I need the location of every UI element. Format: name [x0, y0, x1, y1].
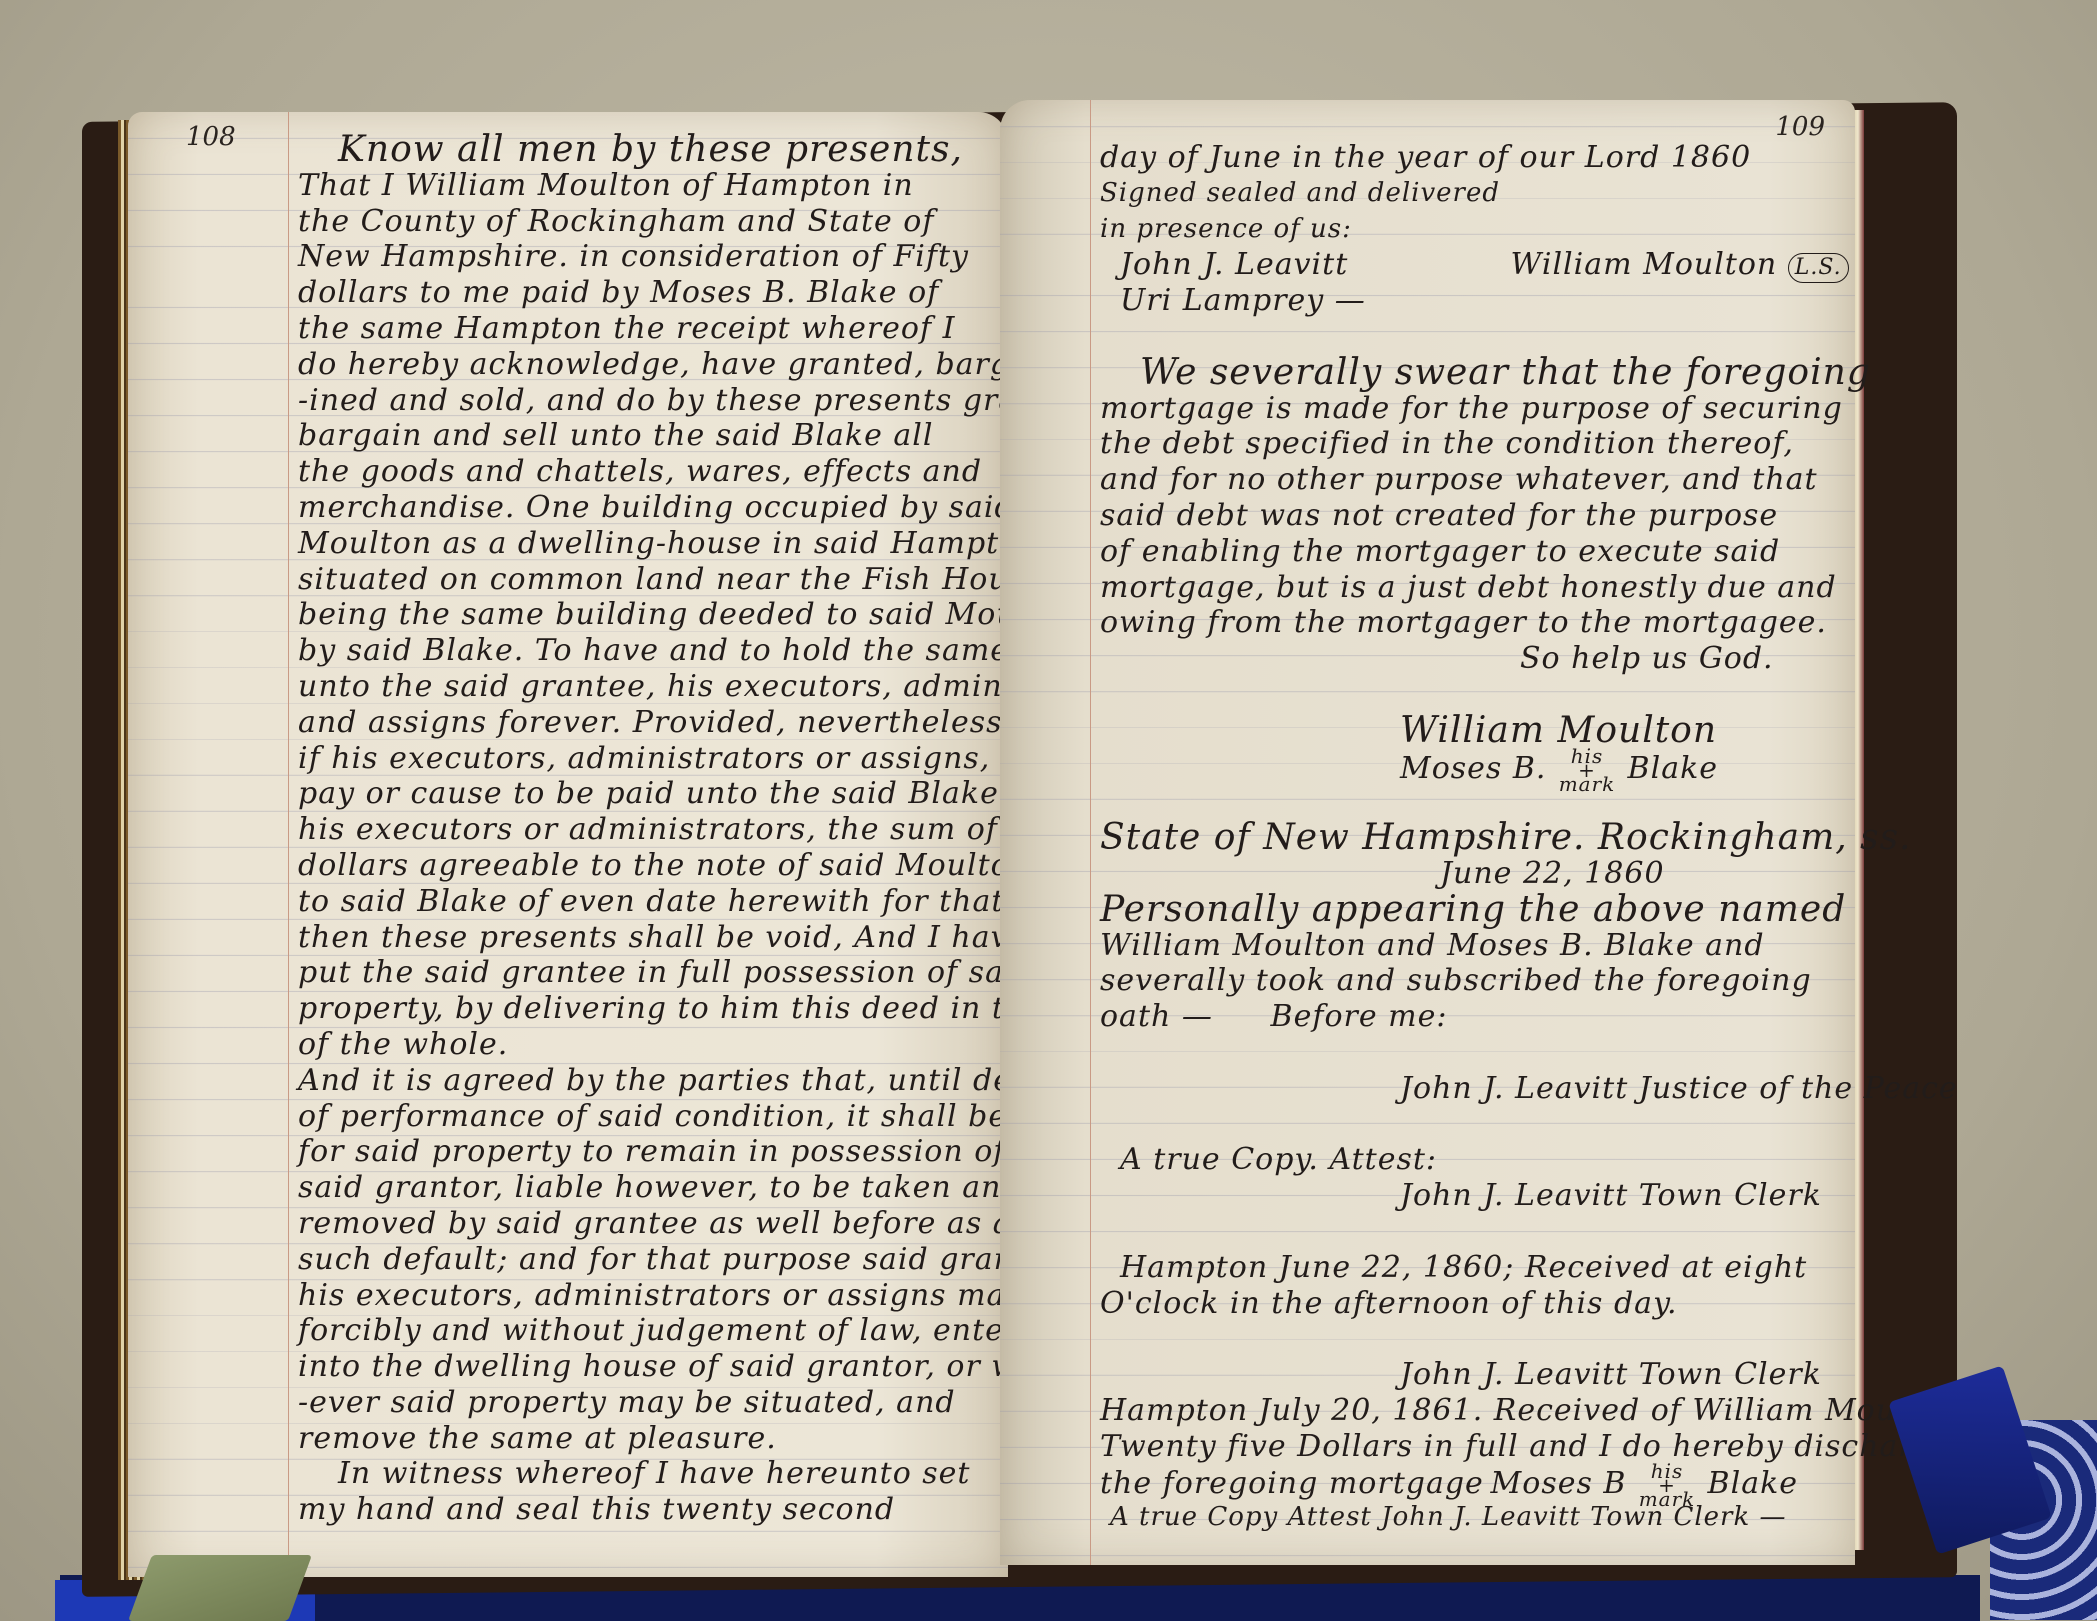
text-line: removed by said grantee as well before a…: [298, 1206, 998, 1242]
jurat-heading: State of New Hampshire. Rockingham, ss.: [1100, 820, 1850, 856]
text-line: New Hampshire. in consideration of Fifty: [298, 239, 998, 275]
text-line: merchandise. One building occupied by sa…: [298, 490, 998, 526]
execution-date-line: day of June in the year of our Lord 1860: [1100, 140, 1850, 176]
text-line: by said Blake. To have and to hold the s…: [298, 633, 998, 669]
left-page-text: Know all men by these presents, That I W…: [298, 132, 998, 1528]
text-line: pay or cause to be paid unto the said Bl…: [298, 776, 998, 812]
discharge-line: Hampton July 20, 1861. Received of Willi…: [1100, 1393, 1850, 1429]
text-line: dollars to me paid by Moses B. Blake of: [298, 275, 998, 311]
text-line: Moulton as a dwelling-house in said Hamp…: [298, 526, 998, 562]
text-line: do hereby acknowledge, have granted, bar…: [298, 347, 998, 383]
text-line: being the same building deeded to said M…: [298, 597, 998, 633]
text-line: his executors or administrators, the sum…: [298, 812, 998, 848]
text-line: -ever said property may be situated, and: [298, 1385, 998, 1421]
discharge-signature-row: the foregoing mortgage Moses B his + mar…: [1100, 1464, 1850, 1500]
attest-row: A true Copy Attest John J. Leavitt Town …: [1100, 1500, 1850, 1536]
text-line: my hand and seal this twenty second: [298, 1492, 998, 1528]
oath-line: and for no other purpose whatever, and t…: [1100, 462, 1850, 498]
oath-line: of enabling the mortgager to execute sai…: [1100, 534, 1850, 570]
jurat-line: severally took and subscribed the forego…: [1100, 963, 1850, 999]
margin-rule: [288, 112, 289, 1577]
signed-sealed-line: Signed sealed and delivered: [1100, 176, 1850, 212]
witness-signature: John J. Leavitt: [1100, 247, 1500, 283]
before-me: Before me:: [1271, 999, 1448, 1034]
binder-clip-right: [1880, 1380, 2097, 1600]
text-line: of the whole.: [298, 1027, 998, 1063]
text-line: -ined and sold, and do by these presents…: [298, 383, 998, 419]
right-page-text: day of June in the year of our Lord 1860…: [1100, 140, 1850, 1536]
deed-heading: Know all men by these presents,: [298, 132, 998, 168]
text-line: of performance of said condition, it sha…: [298, 1099, 998, 1135]
text-line: property, by delivering to him this deed…: [298, 991, 998, 1027]
signer-last-name: Blake: [1628, 751, 1718, 786]
left-page: 108 Know all men by these presents, That…: [128, 112, 1008, 1577]
text-line: then these presents shall be void, And I…: [298, 920, 998, 956]
oath-line: said debt was not created for the purpos…: [1100, 498, 1850, 534]
oath-line: mortgage, but is a just debt honestly du…: [1100, 570, 1850, 606]
text-line: bargain and sell unto the said Blake all: [298, 418, 998, 454]
town-clerk-signature: John J. Leavitt Town Clerk: [1100, 1178, 1850, 1214]
text-line: unto the said grantee, his executors, ad…: [298, 669, 998, 705]
text-line: situated on common land near the Fish Ho…: [298, 562, 998, 598]
page-number-right: 109: [1775, 112, 1825, 142]
text-line: remove the same at pleasure.: [298, 1421, 998, 1457]
jurat-line: Personally appearing the above named: [1100, 892, 1850, 928]
mark-label: mark: [1557, 777, 1617, 791]
oath-line: the debt specified in the condition ther…: [1100, 426, 1850, 462]
in-presence-line: in presence of us:: [1100, 212, 1850, 248]
oath-line: mortgage is made for the purpose of secu…: [1100, 391, 1850, 427]
text-line: the same Hampton the receipt whereof I: [298, 311, 998, 347]
oath-closing: So help us God.: [1100, 641, 1850, 677]
page-number-left: 108: [186, 122, 236, 152]
attest-label: A true Copy. Attest:: [1100, 1142, 1850, 1178]
oath-line: We severally swear that the foregoing: [1100, 355, 1850, 391]
true-copy-label: A true Copy: [1100, 1502, 1278, 1532]
recording-line: O'clock in the afternoon of this day.: [1100, 1286, 1850, 1322]
oath-signature-moulton: William Moulton: [1100, 713, 1850, 749]
oath-signature-blake: Moses B. his + mark Blake: [1100, 749, 1850, 785]
recording-line: Hampton June 22, 1860; Received at eight: [1100, 1250, 1850, 1286]
signer-last-name: Blake: [1708, 1466, 1798, 1501]
text-line: and assigns forever. Provided, neverthel…: [298, 705, 998, 741]
text-line: put the said grantee in full possession …: [298, 955, 998, 991]
jurat-line: William Moulton and Moses B. Blake and: [1100, 928, 1850, 964]
text-line: if his executors, administrators or assi…: [298, 741, 998, 777]
town-clerk-signature: John J. Leavitt Town Clerk: [1100, 1357, 1850, 1393]
text-line: In witness whereof I have hereunto set: [298, 1456, 998, 1492]
text-line: forcibly and without judgement of law, e…: [298, 1313, 998, 1349]
text-line: dollars agreeable to the note of said Mo…: [298, 848, 998, 884]
text-line: into the dwelling house of said grantor,…: [298, 1349, 998, 1385]
grantor-signature: William Moulton: [1511, 247, 1778, 282]
text-line: said grantor, liable however, to be take…: [298, 1170, 998, 1206]
seal-mark: L.S.: [1788, 253, 1849, 283]
witness-grantor-row: John J. Leavitt William Moulton L.S.: [1100, 247, 1850, 283]
mark-label: mark: [1637, 1492, 1697, 1506]
binder-clip-left: [128, 1555, 312, 1621]
text-line: his executors, administrators or assigns…: [298, 1278, 998, 1314]
his-mark: his + mark: [1637, 1464, 1697, 1506]
oath-line: owing from the mortgager to the mortgage…: [1100, 605, 1850, 641]
text-line: to said Blake of even date herewith for …: [298, 884, 998, 920]
signer-first-name: Moses B.: [1400, 751, 1546, 786]
text-line: such default; and for that purpose said …: [298, 1242, 998, 1278]
justice-signature: John J. Leavitt Justice of the Peace: [1100, 1071, 1850, 1107]
right-page: 109 day of June in the year of our Lord …: [1000, 100, 1855, 1565]
discharge-last-line: the foregoing mortgage: [1100, 1466, 1480, 1502]
town-clerk-signature: John J. Leavitt Town Clerk —: [1381, 1502, 1786, 1532]
jurat-oath: oath —: [1100, 999, 1260, 1035]
jurat-oath-row: oath — Before me:: [1100, 999, 1850, 1035]
witness-signature: Uri Lamprey —: [1100, 283, 1850, 319]
text-line: the goods and chattels, wares, effects a…: [298, 454, 998, 490]
discharge-line: Twenty five Dollars in full and I do her…: [1100, 1429, 1850, 1465]
text-line: the County of Rockingham and State of: [298, 204, 998, 240]
jurat-date: June 22, 1860: [1100, 856, 1850, 892]
margin-rule: [1090, 100, 1091, 1565]
signer-first-name: Moses B: [1491, 1466, 1627, 1501]
his-mark: his + mark: [1557, 749, 1617, 791]
text-line: for said property to remain in possessio…: [298, 1134, 998, 1170]
text-line: And it is agreed by the parties that, un…: [298, 1063, 998, 1099]
text-line: That I William Moulton of Hampton in: [298, 168, 998, 204]
attest-label: Attest: [1287, 1502, 1371, 1532]
